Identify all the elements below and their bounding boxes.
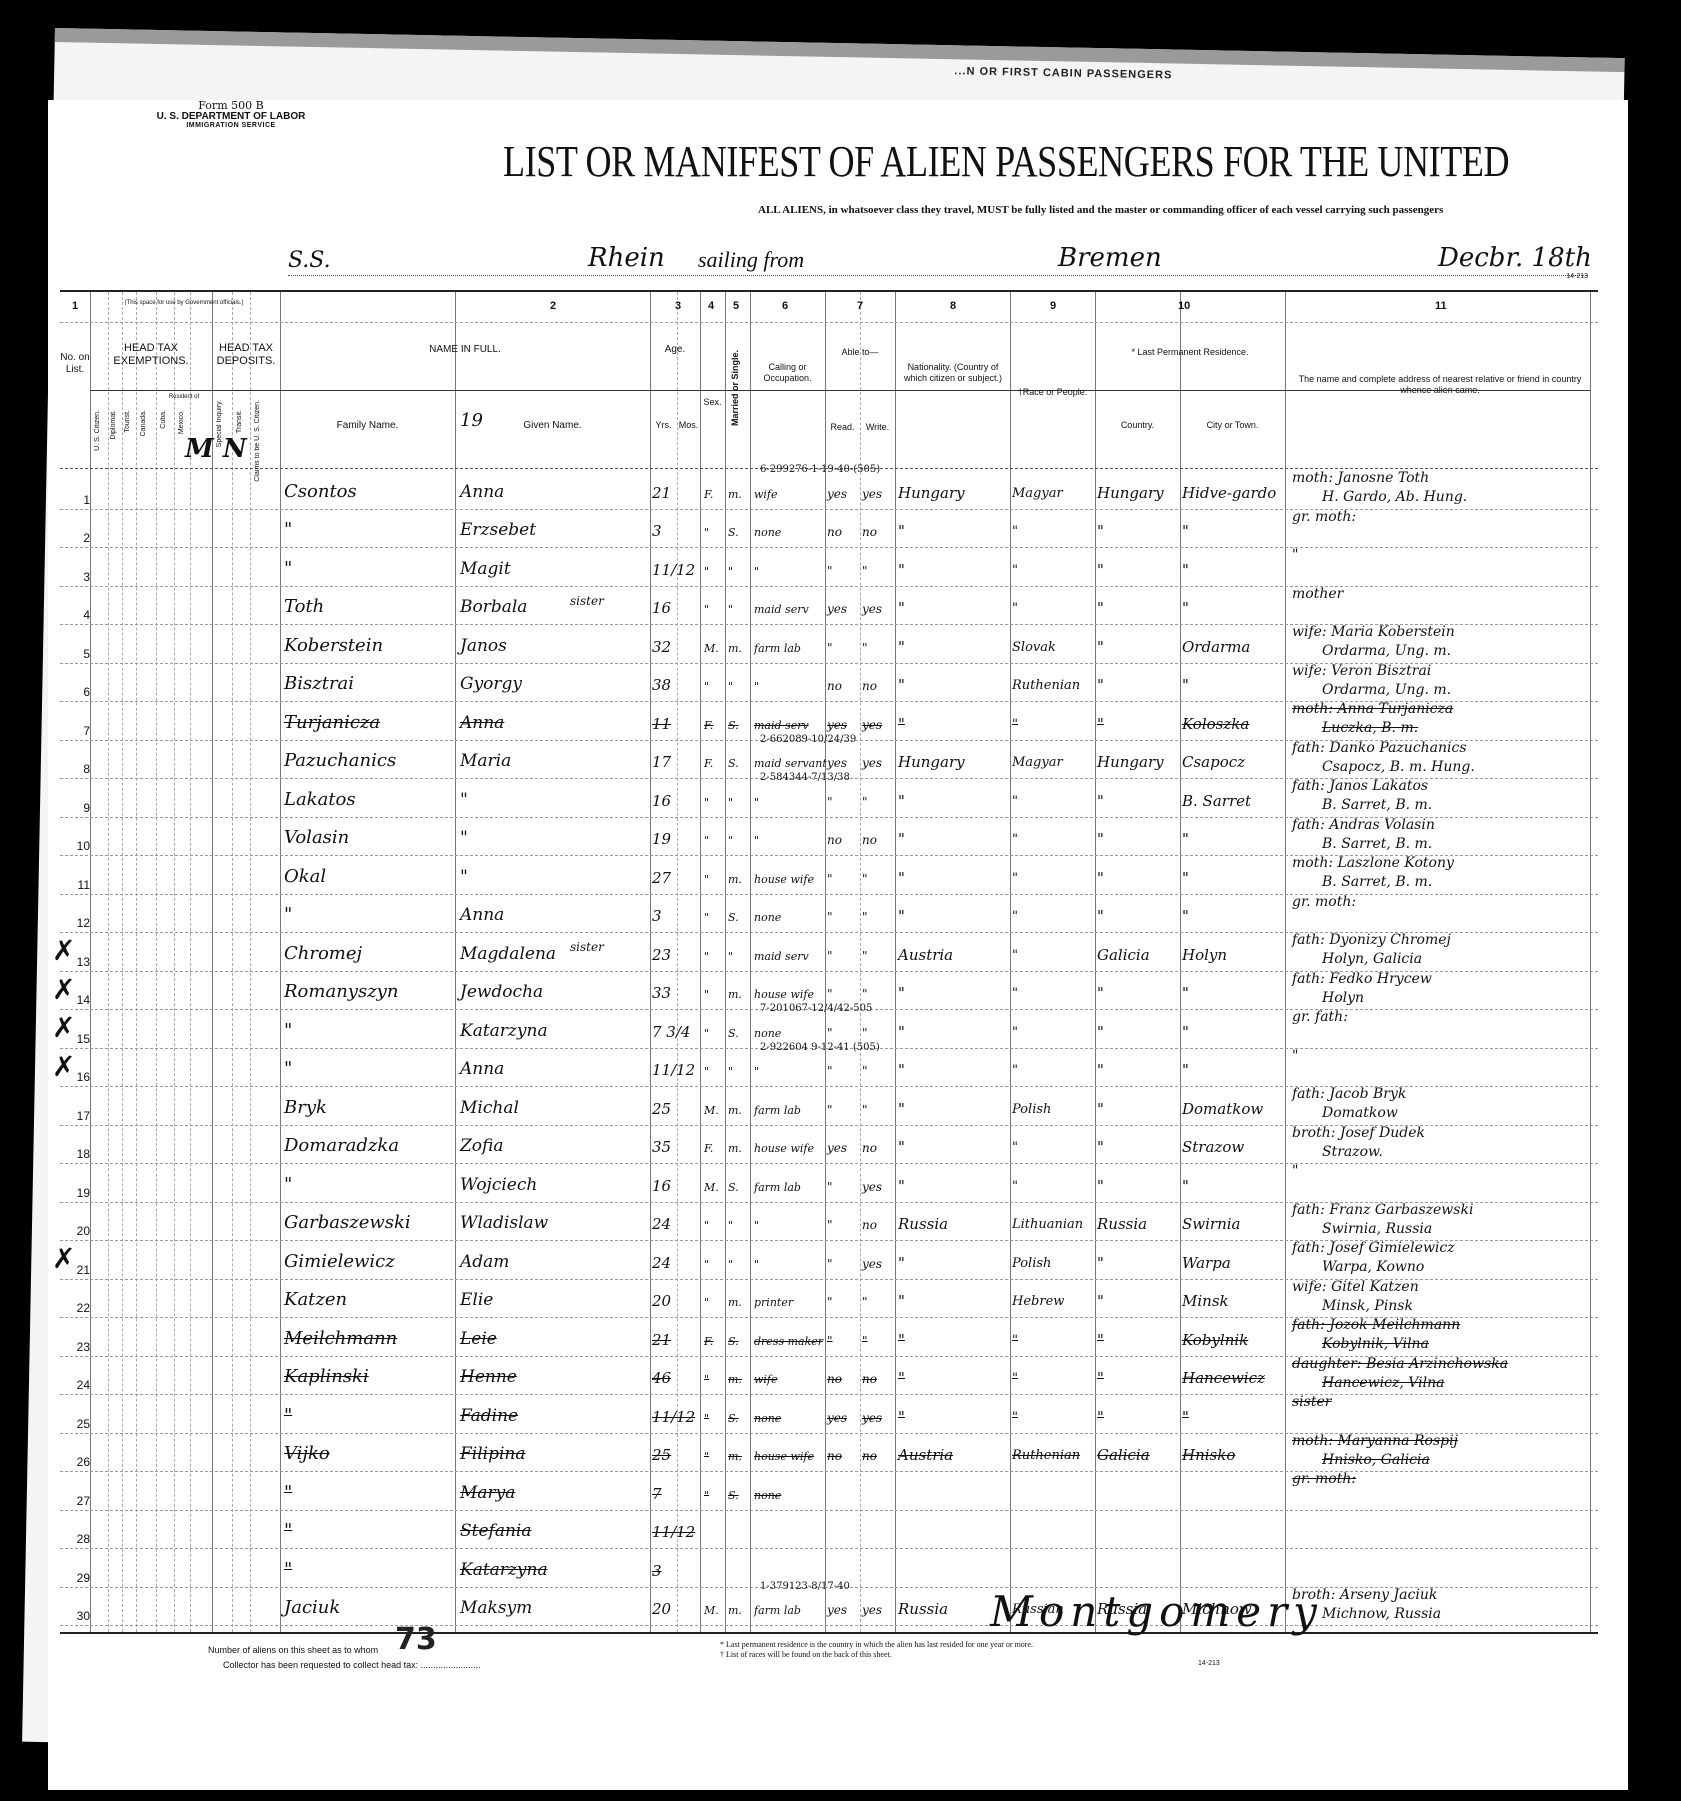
gov-subcol: U. S. Citizen. [94,410,101,451]
cell-relative: broth: Josef Dudek [1292,1125,1425,1141]
cell-read: no [827,679,842,693]
cell-country: " [1097,869,1104,887]
manifest-sheet: Form 500 B U. S. DEPARTMENT OF LABOR IMM… [48,100,1628,1790]
cell-write: " [862,987,868,1001]
cell-read: " [827,1103,833,1117]
cell-race: " [1012,1179,1018,1194]
cell-city: Swirnia [1182,1215,1240,1233]
cell-annotation: 2-662089-10/24/39 [760,734,856,745]
row-number: 18 [60,1147,90,1161]
row-number: 6 [60,685,90,699]
cell-calling: none [754,1412,781,1425]
corner-code: 14-213 [1566,273,1588,280]
table-row: 22KatzenElie20"m.printer"""Hebrew"Minskw… [60,1279,1598,1318]
cell-read: yes [827,756,847,770]
cell-family: Katzen [284,1289,347,1310]
cell-annotation: 7-201067-12/4/42-505 [760,1003,872,1014]
cell-read: yes [827,718,847,732]
cell-age: 25 [652,1446,671,1464]
cell-write: " [862,1295,868,1309]
age-header: Age. [650,344,700,356]
footer-head-tax: Collector has been requested to collect … [223,1660,481,1670]
cell-family: Meilchmann [284,1328,397,1349]
city-header: City or Town. [1180,420,1285,431]
cell-race: " [1012,1025,1018,1040]
cell-age: 32 [652,638,671,656]
cell-annotation: 2-584344-7/13/38 [760,772,850,783]
cell-relative: moth: Laszlone Kotony [1292,855,1454,871]
table-row: 21✗GimielewiczAdam24""""yes"Polish"Warpa… [60,1240,1598,1279]
cell-relative-address: Domatkow [1322,1105,1398,1121]
col-number: 11 [1435,300,1447,312]
vessel-prefix: S.S. [288,248,331,273]
cell-sex: " [704,1065,709,1078]
cell-race: Polish [1012,1102,1051,1117]
cell-given: Jewdocha [460,982,543,1002]
cell-read: " [827,641,833,655]
cell-relative: moth: Janosne Toth [1292,470,1429,486]
cell-relative: fath: Dyonizy Chromej [1292,932,1451,948]
cell-write: " [862,564,868,578]
cell-ms: S. [728,1181,739,1194]
cell-write: yes [862,756,882,770]
cell-nat: Hungary [898,753,965,771]
cell-age: 27 [652,869,671,887]
table-row: 30JaciukMaksym20M.m.farm labyesyesRussia… [60,1587,1598,1626]
row-number: 19 [60,1186,90,1200]
cell-calling: wife [754,1373,778,1386]
cell-calling: " [754,1219,759,1232]
cell-annotation: 6-299276-1-19-40-(505) [760,464,880,475]
cell-country: " [1097,676,1104,694]
cell-relative: " [1292,1048,1298,1064]
cell-given: Henne [460,1367,517,1387]
mos-header: Mos. [677,420,700,431]
footer-note-residence: * Last permanent residence is the countr… [720,1640,1033,1649]
cell-race: Polish [1012,1256,1051,1271]
cell-city: Minsk [1182,1292,1229,1310]
cell-given: Leie [460,1329,497,1349]
cell-city: Hnisko [1182,1446,1235,1464]
cell-sex: " [704,834,709,847]
cell-read: yes [827,1603,847,1617]
cell-ms: S. [728,719,739,732]
cell-ms: " [728,565,733,578]
cell-city: " [1182,676,1189,694]
cell-age: 7 [652,1485,662,1503]
cell-read: " [827,1180,833,1194]
cell-city: " [1182,1408,1189,1426]
cell-family: Garbaszewski [284,1212,411,1233]
cell-given: Fadine [460,1406,518,1426]
cell-race: " [1012,524,1018,539]
cell-race: " [1012,909,1018,924]
cell-relative-address: Luczka, B. m. [1322,720,1418,736]
x-mark-icon: ✗ [52,1050,75,1083]
row-number: 27 [60,1494,90,1508]
cell-nat: " [898,792,905,810]
cell-sex: " [704,1219,709,1232]
cell-given: " [460,867,468,887]
cell-read: yes [827,487,847,501]
cell-nat: " [898,676,905,694]
cell-read: " [827,564,833,578]
cell-write: no [862,1372,877,1386]
cell-calling: " [754,565,759,578]
cell-age: 20 [652,1600,671,1618]
cell-sex: M. [704,1604,719,1617]
gov-subcol: Cuba. [160,410,167,429]
cell-calling: farm lab [754,1181,801,1194]
cell-given: Anna [460,713,504,733]
cell-race: " [1012,794,1018,809]
cell-calling: printer [754,1296,793,1309]
footer-note-races: † List of races will be found on the bac… [720,1650,892,1659]
gov-subcol: Mexico. [178,410,185,434]
cell-race: " [1012,986,1018,1001]
cell-family: Romanyszyn [284,981,398,1002]
cell-given: Marya [460,1483,515,1503]
row-number: 3 [60,570,90,584]
table-row: 24KaplinskiHenne46"m.wifenono"""Hancewic… [60,1356,1598,1395]
cell-city: " [1182,1061,1189,1079]
cell-sex: F. [704,1142,713,1155]
cell-relative-address: Csapocz, B. m. Hung. [1322,759,1475,775]
cell-family: " [284,519,292,540]
table-row: 20GarbaszewskiWladislaw24""""noRussiaLit… [60,1202,1598,1241]
page-count-mark: 73 [395,1622,437,1657]
cell-relative: wife: Maria Koberstein [1292,624,1455,640]
gov-subcol: Diplomat. [110,410,117,440]
cell-calling: farm lab [754,1604,801,1617]
cell-write: " [862,795,868,809]
cell-city: Domatkow [1182,1100,1263,1118]
cell-nat: " [898,1331,905,1349]
cell-age: 17 [652,753,671,771]
col-number: 2 [550,300,556,312]
cell-given: Wojciech [460,1175,537,1195]
row-number: 17 [60,1109,90,1123]
cell-sex: F. [704,1335,713,1348]
cell-race: Ruthenian [1012,678,1080,693]
cell-age: 11/12 [652,561,695,579]
row-number: 12 [60,916,90,930]
cell-family: " [284,904,292,925]
row-number: 2 [60,531,90,545]
family-name-header: Family Name. [280,420,455,432]
cell-country: " [1097,522,1104,540]
cell-nat: Austria [898,1446,953,1464]
cell-family: " [284,1482,292,1503]
col-number: 5 [733,300,739,312]
col-number: 8 [950,300,956,312]
cell-write: no [862,1449,877,1463]
cell-read: " [827,1295,833,1309]
manifest-table: 1 (This space for use by Government offi… [60,290,1598,1634]
cell-ms: " [728,680,733,693]
cell-ms: " [728,1065,733,1078]
cell-nat: Austria [898,946,953,964]
table-row: 19"Wojciech16M.S.farm lab"yes""""" [60,1163,1598,1202]
cell-sex: " [704,988,709,1001]
name-in-full-header: NAME IN FULL. [280,344,650,356]
cell-nat: " [898,522,905,540]
cell-family: " [284,1559,292,1580]
cell-calling: none [754,911,781,924]
cell-relative: moth: Anna Turjanicza [1292,701,1453,717]
cell-family: Volasin [284,827,349,848]
given-name-header: Given Name. [455,420,650,432]
row-number: 29 [60,1571,90,1585]
cell-given-annotation: sister [570,940,604,954]
cell-age: 25 [652,1100,671,1118]
cell-calling: house wife [754,1142,814,1155]
cell-read: " [827,1334,833,1348]
cell-given: Erzsebet [460,520,536,540]
cell-sex: " [704,796,709,809]
gov-marks: M N [185,434,247,464]
col-number: 1 [72,300,78,312]
cell-race: Magyar [1012,755,1063,770]
cell-age: 35 [652,1138,671,1156]
row-number: 9 [60,801,90,815]
cell-race: " [1012,832,1018,847]
cell-ms: m. [728,1373,742,1386]
cell-ms: " [728,950,733,963]
cell-sex: " [704,603,709,616]
cell-calling: " [754,680,759,693]
cell-family: Pazuchanics [284,750,396,771]
cell-city: Koloszka [1182,715,1249,733]
cell-relative-address: B. Sarret, B. m. [1322,797,1432,813]
cell-write: yes [862,1180,882,1194]
form-identifier: Form 500 B U. S. DEPARTMENT OF LABOR IMM… [126,100,336,129]
married-single-header: Married or Single. [730,350,740,426]
cell-country: " [1097,1177,1104,1195]
calling-header: Calling or Occupation. [750,362,825,384]
cell-ms: S. [728,1335,739,1348]
cell-relative: " [1292,547,1298,563]
sailing-date: Decbr. 18th [1438,243,1592,273]
able-to-header: Able to— [825,347,895,358]
sex-header: Sex. [700,397,725,408]
cell-given: Maksym [460,1598,532,1618]
cell-read: " [827,910,833,924]
cell-write: no [862,525,877,539]
cell-country: " [1097,1061,1104,1079]
cell-write: no [862,1141,877,1155]
cell-age: 24 [652,1215,671,1233]
cell-relative-address: B. Sarret, B. m. [1322,836,1432,852]
cell-write: yes [862,718,882,732]
cell-family: " [284,1020,292,1041]
table-row: 11Okal"27"m.house wife""""""moth: Laszlo… [60,855,1598,894]
cell-ms: S. [728,911,739,924]
cell-country: " [1097,715,1104,733]
cell-family: Kaplinski [284,1366,369,1387]
x-mark-icon: ✗ [52,1242,75,1275]
country-header: Country. [1095,420,1180,431]
cell-given: Zofia [460,1136,504,1156]
cell-relative-address: Strazow. [1322,1144,1383,1160]
table-row: 27"Marya7"S.nonegr. moth: [60,1471,1598,1510]
cell-write: " [862,1026,868,1040]
cell-write: no [862,1218,877,1232]
cell-given: Anna [460,905,504,925]
cell-ms: " [728,796,733,809]
row-number: 4 [60,608,90,622]
cell-city: Strazow [1182,1138,1244,1156]
page-title: LIST OR MANIFEST OF ALIEN PASSENGERS FOR… [503,136,1509,187]
cell-write: " [862,1334,868,1348]
table-row: 26VijkoFilipina25"m.house wifenonoAustri… [60,1433,1598,1472]
cell-sex: " [704,873,709,886]
cell-country: " [1097,1408,1104,1426]
cell-calling: house wife [754,1450,814,1463]
row-number: 28 [60,1532,90,1546]
col-number: 6 [782,300,788,312]
cell-race: Slovak [1012,640,1056,655]
cell-relative-address: B. Sarret, B. m. [1322,874,1432,890]
cell-relative: daughter: Besia Arzinchowska [1292,1356,1508,1372]
cell-nat: " [898,1061,905,1079]
cell-sex: F. [704,757,713,770]
cell-ms: m. [728,1450,742,1463]
cell-read: no [827,1449,842,1463]
cell-nat: " [898,1100,905,1118]
cell-relative: fath: Jacob Bryk [1292,1086,1406,1102]
cell-sex: M. [704,1181,719,1194]
row-number: 20 [60,1224,90,1238]
cell-ms: m. [728,1604,742,1617]
cell-family: Okal [284,866,326,887]
cell-age: 20 [652,1292,671,1310]
cell-ms: m. [728,1142,742,1155]
cell-family: Chromej [284,943,362,964]
cell-write: yes [862,1603,882,1617]
cell-calling: none [754,526,781,539]
cell-ms: " [728,1258,733,1271]
cell-relative-address: Warpa, Kowno [1322,1259,1424,1275]
cell-nat: " [898,1254,905,1272]
cell-read: " [827,872,833,886]
voyage-line: S.S. Rhein sailing from Bremen Decbr. 18… [288,245,1588,276]
cell-country: " [1097,830,1104,848]
cell-city: Hidve-gardo [1182,484,1276,502]
cell-age: 11 [652,715,671,733]
gov-subcol: Canada. [140,410,147,436]
cell-given: " [460,828,468,848]
cell-write: " [862,641,868,655]
cell-sex: " [704,911,709,924]
cell-age: 16 [652,792,671,810]
head-tax-exemptions-header: HEAD TAX EXEMPTIONS. [92,342,210,368]
cell-read: yes [827,602,847,616]
cell-race: Hebrew [1012,1294,1064,1309]
cell-age: 24 [652,1254,671,1272]
cell-sex: " [704,1412,709,1425]
cell-ms: m. [728,873,742,886]
cell-given: Anna [460,482,504,502]
cell-family: " [284,1058,292,1079]
cell-calling: " [754,796,759,809]
cell-given: Anna [460,1059,504,1079]
table-row: 28"Stefania11/12 [60,1510,1598,1549]
cell-annotation: 1-379123-8/17-40 [760,1581,850,1592]
cell-write: yes [862,1257,882,1271]
cell-read: " [827,795,833,809]
cell-family: " [284,1405,292,1426]
table-row: 17BrykMichal25M.m.farm lab"""Polish"Doma… [60,1086,1598,1125]
cell-country: Russia [1097,1215,1147,1233]
cell-relative: fath: Josef Gimielewicz [1292,1240,1455,1256]
cell-calling: dress maker [754,1335,823,1348]
cell-given-annotation: sister [570,594,604,608]
cell-country: " [1097,1254,1104,1272]
cell-given: Borbala [460,597,527,617]
cell-calling: maid serv [754,719,809,732]
cell-relative-address: Kobylnik, Vilna [1322,1336,1429,1352]
table-row: 5KobersteinJanos32M.m.farm lab"""Slovak"… [60,624,1598,663]
cell-relative: fath: Janos Lakatos [1292,778,1428,794]
read-header: Read. [825,422,860,433]
col-number: 10 [1178,300,1190,312]
cell-relative-address: Swirnia, Russia [1322,1221,1432,1237]
cell-relative-address: Michnow, Russia [1322,1606,1441,1622]
cell-age: 21 [652,484,671,502]
table-row: 25"Fadine11/12"S.noneyesyes""""sister [60,1394,1598,1433]
cell-country: " [1097,1369,1104,1387]
cell-relative-address: Hnisko, Galicia [1322,1452,1430,1468]
cell-age: 11/12 [652,1408,695,1426]
cell-family: Domaradzka [284,1135,399,1156]
cell-ms: m. [728,1296,742,1309]
cell-read: yes [827,1411,847,1425]
cell-calling: farm lab [754,642,801,655]
cell-country: " [1097,1138,1104,1156]
cell-calling: " [754,1258,759,1271]
cell-relative: gr. moth: [1292,1471,1356,1487]
cell-family: Jaciuk [284,1597,340,1618]
gov-subcol: Transit. [236,410,243,433]
cell-annotation: 2-922604 9-12-41 (505) [760,1042,880,1053]
cell-read: yes [827,1141,847,1155]
cell-relative-address: Holyn [1322,990,1364,1006]
cell-given: Magit [460,559,511,579]
cell-age: 19 [652,830,671,848]
cell-sex: F. [704,488,713,501]
cell-relative-address: Minsk, Pinsk [1322,1298,1413,1314]
cell-sex: F. [704,719,713,732]
relative-header: The name and complete address of nearest… [1295,374,1585,396]
cell-nat: " [898,638,905,656]
cell-sex: " [704,680,709,693]
cell-relative-address: Ordarma, Ung. m. [1322,643,1451,659]
footer-code: 14-213 [1198,1660,1220,1667]
cell-country: Hungary [1097,753,1164,771]
cell-family: Turjanicza [284,712,380,733]
no-on-list-header: No. on List. [60,352,90,376]
table-row: 18DomaradzkaZofia35F.m.house wifeyesno""… [60,1125,1598,1164]
table-row: 9Lakatos"16""""""""B. Sarretfath: Janos … [60,778,1598,817]
cell-city: " [1182,561,1189,579]
cell-nat: " [898,907,905,925]
table-row: 3"Magit11/12"""""""""" [60,547,1598,586]
cell-read: " [827,1218,833,1232]
row-number: 1 [60,493,90,507]
cell-relative: wife: Gitel Katzen [1292,1279,1419,1295]
cell-race: " [1012,1140,1018,1155]
